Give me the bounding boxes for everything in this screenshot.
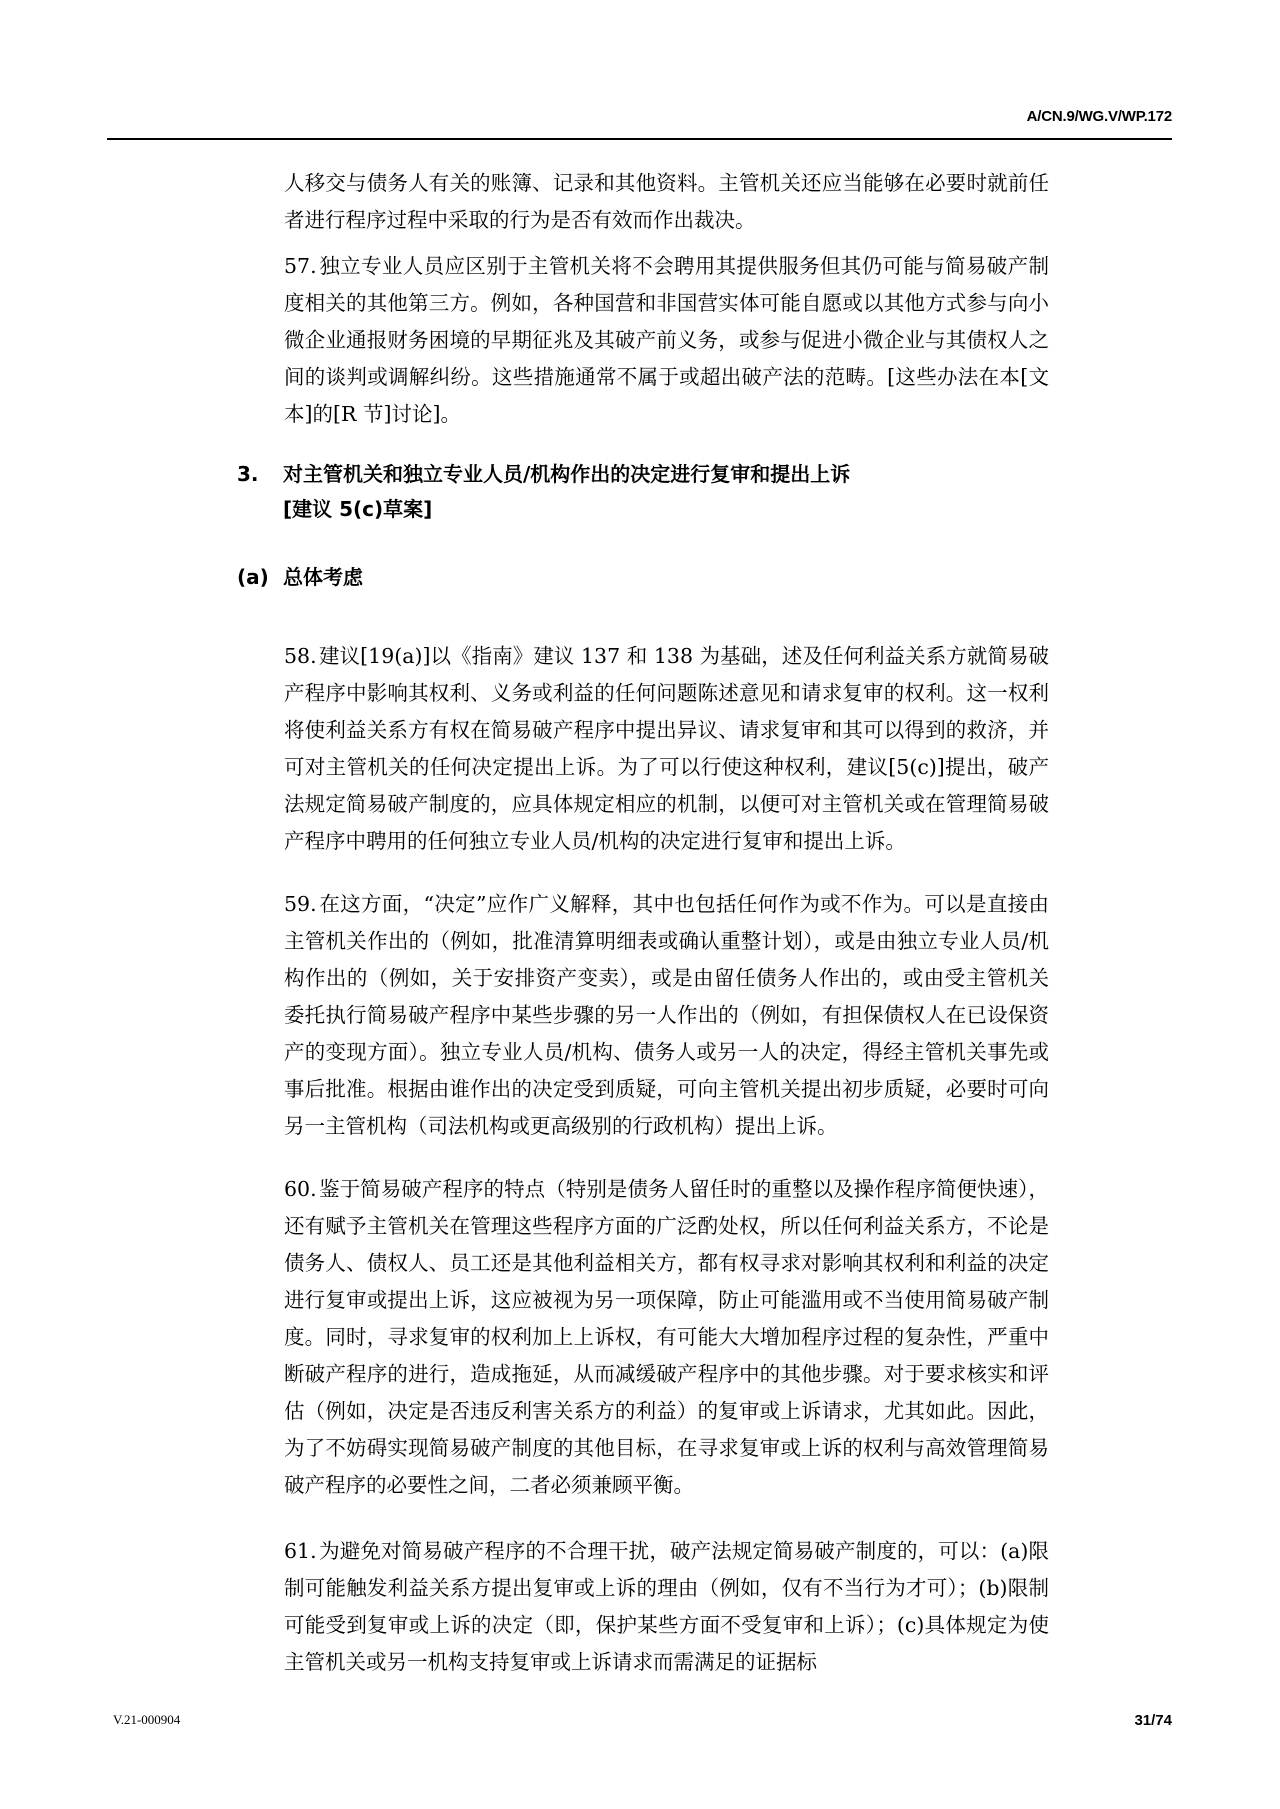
paragraph-text: 为避免对简易破产程序的不合理干扰，破产法规定简易破产制度的，可以：(a)限制可能… — [284, 1539, 1049, 1674]
section-title-line2: [建议 5(c)草案] — [283, 492, 1063, 527]
paragraph-text: 建议[19(a)]以《指南》建议 137 和 138 为基础，述及任何利益关系方… — [284, 644, 1049, 853]
section-title-line1: 对主管机关和独立专业人员/机构作出的决定进行复审和提出上诉 — [283, 457, 1063, 492]
paragraph-text: 在这方面，“决定”应作广义解释，其中也包括任何作为或不作为。可以是直接由主管机关… — [284, 892, 1049, 1138]
continuation-paragraph: 人移交与债务人有关的账簿、记录和其他资料。主管机关还应当能够在必要时就前任者进行… — [284, 165, 1049, 239]
document-symbol: A/CN.9/WG.V/WP.172 — [1027, 108, 1172, 125]
paragraph-number: 57. — [284, 248, 319, 285]
paragraph-59: 59.在这方面，“决定”应作广义解释，其中也包括任何作为或不作为。可以是直接由主… — [284, 886, 1049, 1145]
section-number: 3. — [237, 457, 259, 492]
paragraph-number: 59. — [284, 886, 319, 923]
page-number: 31/74 — [1134, 1712, 1172, 1729]
paragraph-58: 58.建议[19(a)]以《指南》建议 137 和 138 为基础，述及任何利益… — [284, 638, 1049, 860]
paragraph-text: 独立专业人员应区别于主管机关将不会聘用其提供服务但其仍可能与简易破产制度相关的其… — [284, 254, 1049, 426]
paragraph-number: 58. — [284, 638, 319, 675]
paragraph-number: 61. — [284, 1533, 319, 1570]
paragraph-57: 57.独立专业人员应区别于主管机关将不会聘用其提供服务但其仍可能与简易破产制度相… — [284, 248, 1049, 433]
subsection-title: 总体考虑 — [283, 560, 1063, 595]
job-number: V.21-000904 — [113, 1712, 180, 1728]
paragraph-61: 61.为避免对简易破产程序的不合理干扰，破产法规定简易破产制度的，可以：(a)限… — [284, 1533, 1049, 1681]
paragraph-text: 鉴于简易破产程序的特点（特别是债务人留任时的重整以及操作程序简便快速），还有赋予… — [284, 1177, 1049, 1497]
header-rule — [107, 138, 1172, 140]
paragraph-number: 60. — [284, 1171, 319, 1208]
subsection-number: (a) — [237, 560, 269, 595]
paragraph-60: 60.鉴于简易破产程序的特点（特别是债务人留任时的重整以及操作程序简便快速），还… — [284, 1171, 1049, 1504]
